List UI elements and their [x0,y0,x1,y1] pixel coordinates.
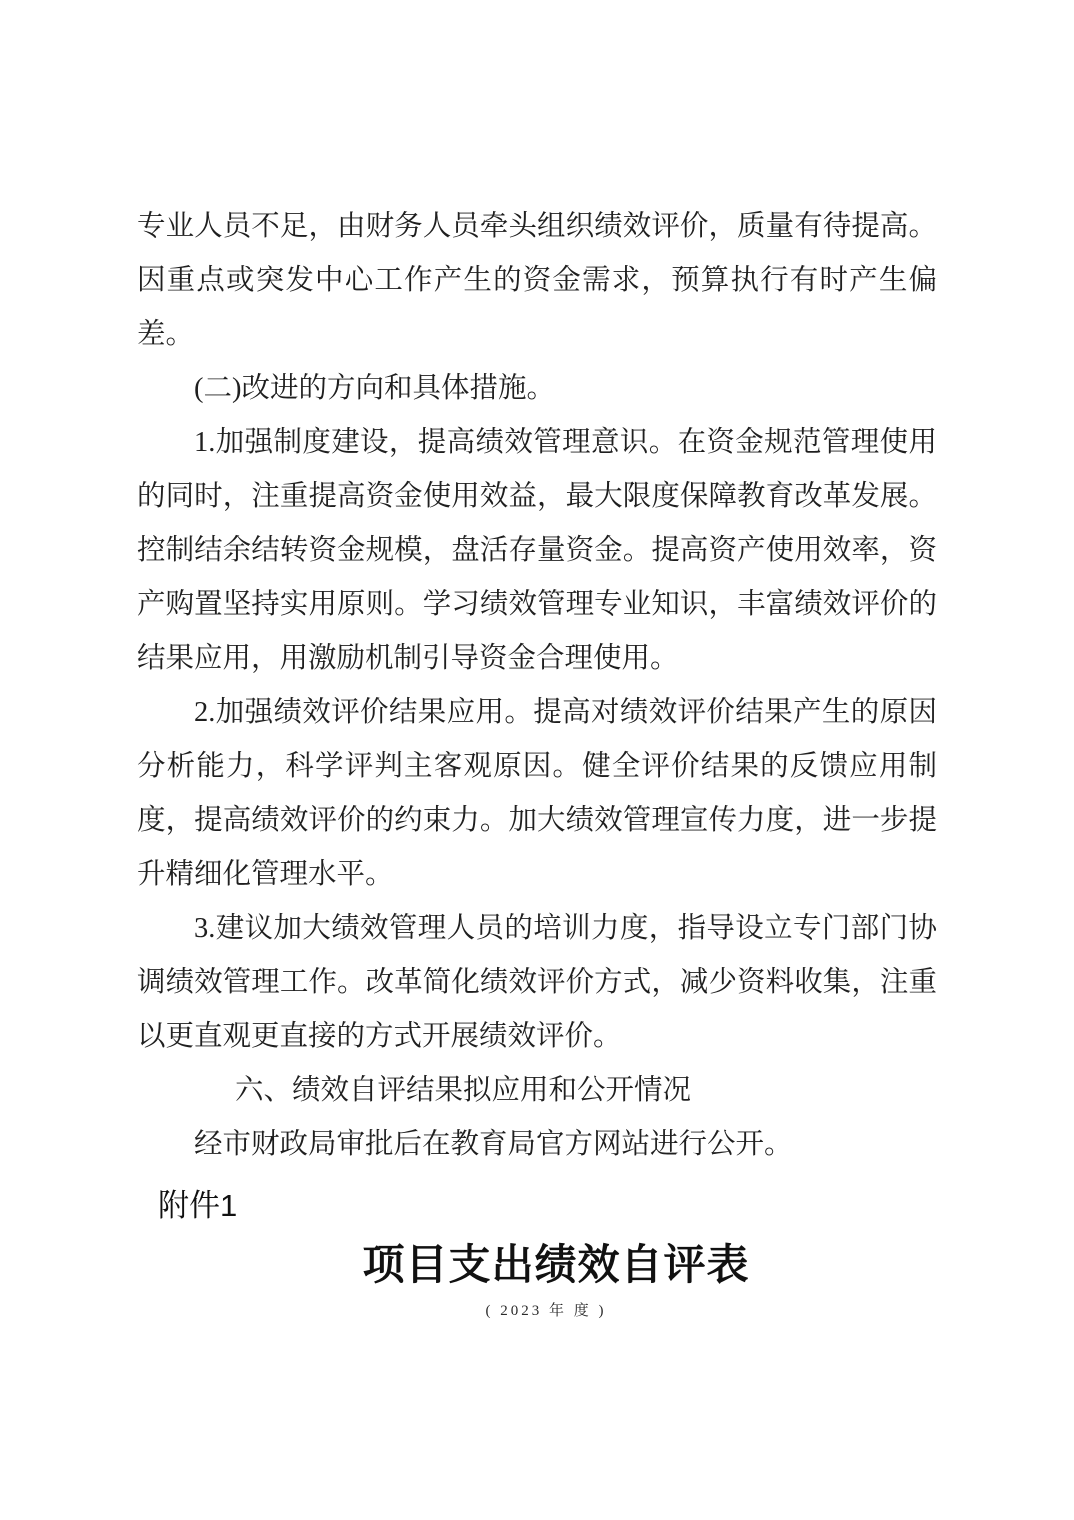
document-page: 专业人员不足，由财务人员牵头组织绩效评价，质量有待提高。因重点或突发中心工作产生… [0,0,1074,1520]
body-paragraph-measure-2: 2.加强绩效评价结果应用。提高对绩效评价结果产生的原因分析能力，科学评判主客观原… [137,686,937,902]
section-heading: 六、绩效自评结果拟应用和公开情况 [137,1064,937,1118]
attachment-label: 附件1 [158,1184,937,1228]
table-title: 项目支出绩效自评表 [137,1240,937,1290]
body-paragraph-measure-3: 3.建议加大绩效管理人员的培训力度，指导设立专门部门协调绩效管理工作。改革简化绩… [137,902,937,1064]
body-paragraph-continuation: 专业人员不足，由财务人员牵头组织绩效评价，质量有待提高。因重点或突发中心工作产生… [137,200,937,362]
table-subtitle-year: ( 2023 年 度 ) [137,1299,937,1320]
document-content: 专业人员不足，由财务人员牵头组织绩效评价，质量有待提高。因重点或突发中心工作产生… [137,200,937,1320]
closing-paragraph: 经市财政局审批后在教育局官方网站进行公开。 [137,1118,937,1172]
body-paragraph-subsection-2: (二)改进的方向和具体措施。 [137,362,937,416]
body-paragraph-measure-1: 1.加强制度建设，提高绩效管理意识。在资金规范管理使用的同时，注重提高资金使用效… [137,416,937,686]
